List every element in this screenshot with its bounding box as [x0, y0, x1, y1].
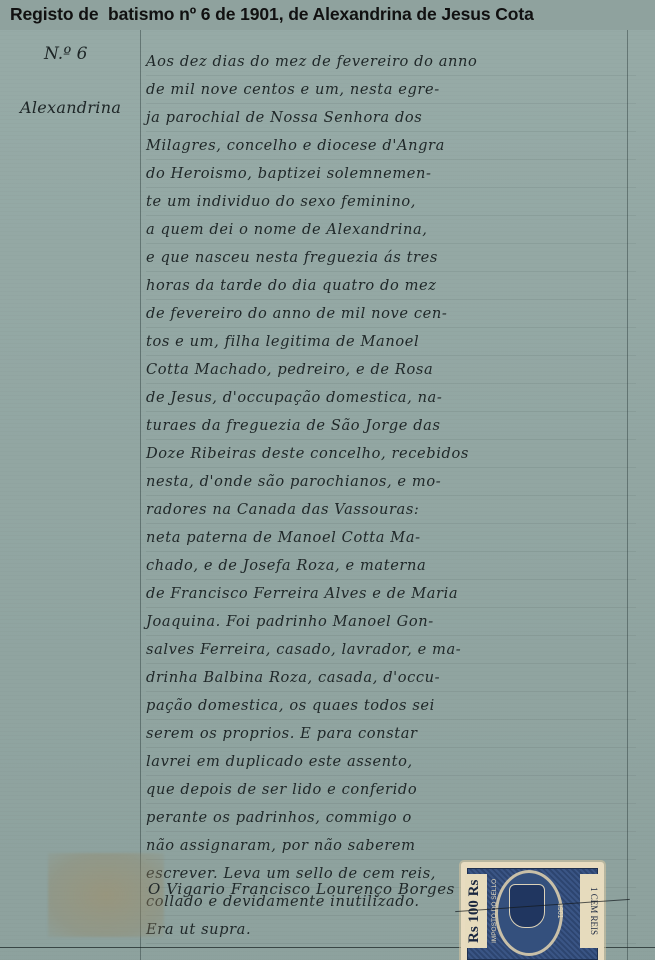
stamp-denomination: 1 CEM REIS	[579, 874, 599, 948]
stamp-tax-text: IMPOSTO DO SELLO	[491, 876, 505, 946]
record-line: pação domestica, os quaes todos sei	[146, 692, 636, 720]
record-line: de Francisco Ferreira Alves e de Maria	[146, 580, 636, 608]
record-line: te um individuo do sexo feminino,	[146, 188, 636, 216]
record-line: salves Ferreira, casado, lavrador, e ma-	[146, 636, 636, 664]
record-line: nesta, d'onde são parochianos, e mo-	[146, 468, 636, 496]
revenue-stamp: Rs 100 Rs IMPOSTO DO SELLO 1901 1 CEM RE…	[461, 862, 604, 960]
record-line: drinha Balbina Roza, casada, d'occu-	[146, 664, 636, 692]
record-line: perante os padrinhos, commigo o	[146, 804, 636, 832]
record-line: a quem dei o nome de Alexandrina,	[146, 216, 636, 244]
stamp-year: 1901	[549, 876, 563, 946]
record-line: Joaquina. Foi padrinho Manoel Gon-	[146, 608, 636, 636]
record-line: chado, e de Josefa Roza, e materna	[146, 552, 636, 580]
record-line: não assignaram, por não saberem	[146, 832, 636, 860]
record-line: horas da tarde do dia quatro do mez	[146, 272, 636, 300]
record-line: neta paterna de Manoel Cotta Ma-	[146, 524, 636, 552]
baptized-name: Alexandrina	[20, 98, 121, 117]
document-page: Registo de batismo nº 6 de 1901, de Alex…	[0, 0, 655, 960]
record-line: Doze Ribeiras deste concelho, recebidos	[146, 440, 636, 468]
entry-number: N.º 6	[44, 44, 87, 64]
record-line: Aos dez dias do mez de fevereiro do anno	[146, 48, 636, 76]
record-line: ja parochial de Nossa Senhora dos	[146, 104, 636, 132]
record-line: Milagres, concelho e diocese d'Angra	[146, 132, 636, 160]
record-line: que depois de ser lido e conferido	[146, 776, 636, 804]
record-line: radores na Canada das Vassouras:	[146, 496, 636, 524]
record-line: e que nasceu nesta freguezia ás tres	[146, 244, 636, 272]
title-bar: Registo de batismo nº 6 de 1901, de Alex…	[0, 0, 655, 30]
priest-signature: O Vigario Francisco Lourenço Borges	[148, 880, 455, 898]
record-line: de mil nove centos e um, nesta egre-	[146, 76, 636, 104]
record-line: de Jesus, d'occupação domestica, na-	[146, 384, 636, 412]
record-line: do Heroismo, baptizei solemnemen-	[146, 160, 636, 188]
record-line: tos e um, filha legitima de Manoel	[146, 328, 636, 356]
document-title: Registo de batismo nº 6 de 1901, de Alex…	[10, 4, 534, 25]
record-line: serem os proprios. E para constar	[146, 720, 636, 748]
paper-stain	[48, 853, 164, 937]
record-line: lavrei em duplicado este assento,	[146, 748, 636, 776]
record-line: de fevereiro do anno de mil nove cen-	[146, 300, 636, 328]
baptism-record-text: Aos dez dias do mez de fevereiro do anno…	[146, 48, 636, 944]
record-line: Cotta Machado, pedreiro, e de Rosa	[146, 356, 636, 384]
margin-rule-left	[140, 30, 141, 960]
record-line: turaes da freguezia de São Jorge das	[146, 412, 636, 440]
